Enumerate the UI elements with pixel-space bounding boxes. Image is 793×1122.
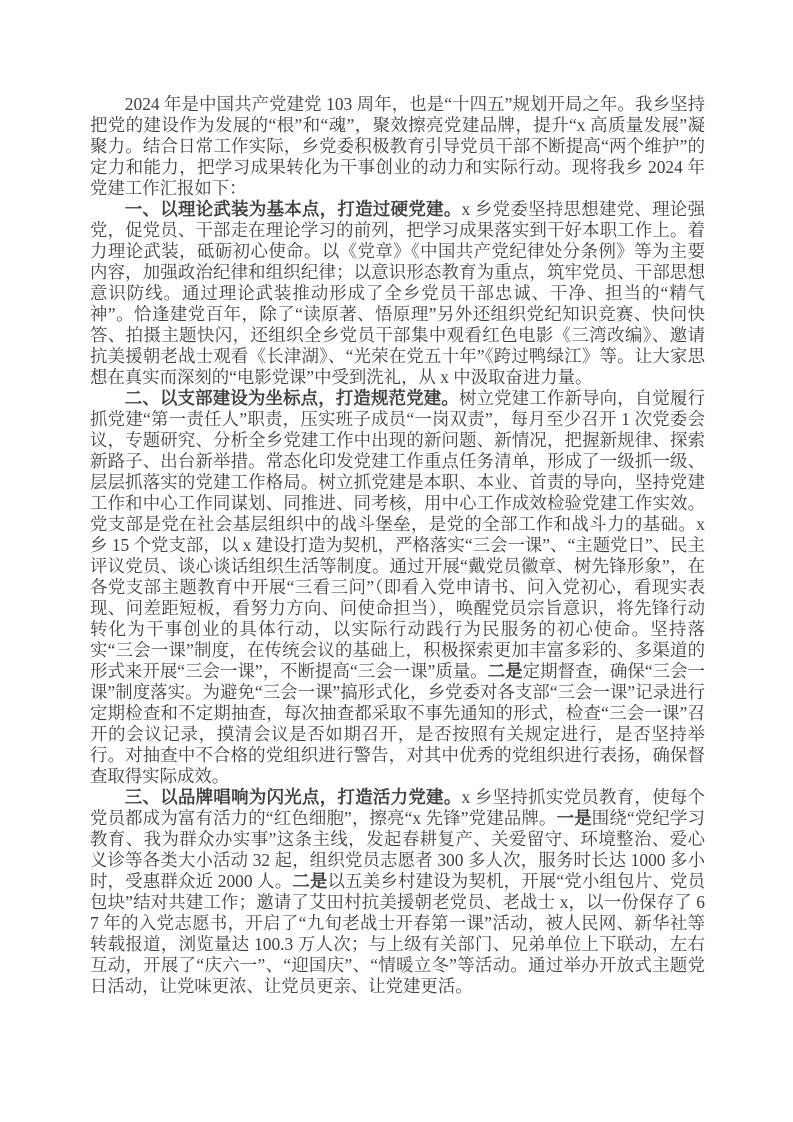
paragraph-section-3: 三、以品牌唱响为闪光点，打造活力党建。x 乡坚持抓实党员教育，使每个党员都成为富… [90, 787, 705, 997]
text-segment: x 乡党委坚持思想建党、理论强党，促党员、干部走在理论学习的前列，把学习成果落实… [90, 199, 705, 387]
bold-text-segment: 一是 [557, 808, 592, 828]
bold-text-segment: 三、以品牌唱响为闪光点，打造活力党建。 [125, 787, 462, 807]
text-segment: 树立党建工作新导向，自觉履行抓党建“第一责任人”职责，压实班子成员“一岗双责”，… [90, 388, 705, 681]
bold-text-segment: 二是 [488, 661, 523, 681]
bold-text-segment: 二、以支部建设为坐标点，打造规范党建。 [125, 388, 459, 408]
paragraph-intro: 2024 年是中国共产党建党 103 周年，也是“十四五”规划开局之年。我乡坚持… [90, 94, 705, 199]
text-segment: 2024 年是中国共产党建党 103 周年，也是“十四五”规划开局之年。我乡坚持… [90, 94, 705, 198]
document-body: 2024 年是中国共产党建党 103 周年，也是“十四五”规划开局之年。我乡坚持… [90, 94, 705, 997]
paragraph-section-2: 二、以支部建设为坐标点，打造规范党建。树立党建工作新导向，自觉履行抓党建“第一责… [90, 388, 705, 787]
paragraph-section-1: 一、以理论武装为基本点，打造过硬党建。x 乡党委坚持思想建党、理论强党，促党员、… [90, 199, 705, 388]
document-page: 2024 年是中国共产党建党 103 周年，也是“十四五”规划开局之年。我乡坚持… [0, 0, 793, 1122]
bold-text-segment: 二是 [292, 871, 327, 891]
bold-text-segment: 一、以理论武装为基本点，打造过硬党建。 [125, 199, 462, 219]
